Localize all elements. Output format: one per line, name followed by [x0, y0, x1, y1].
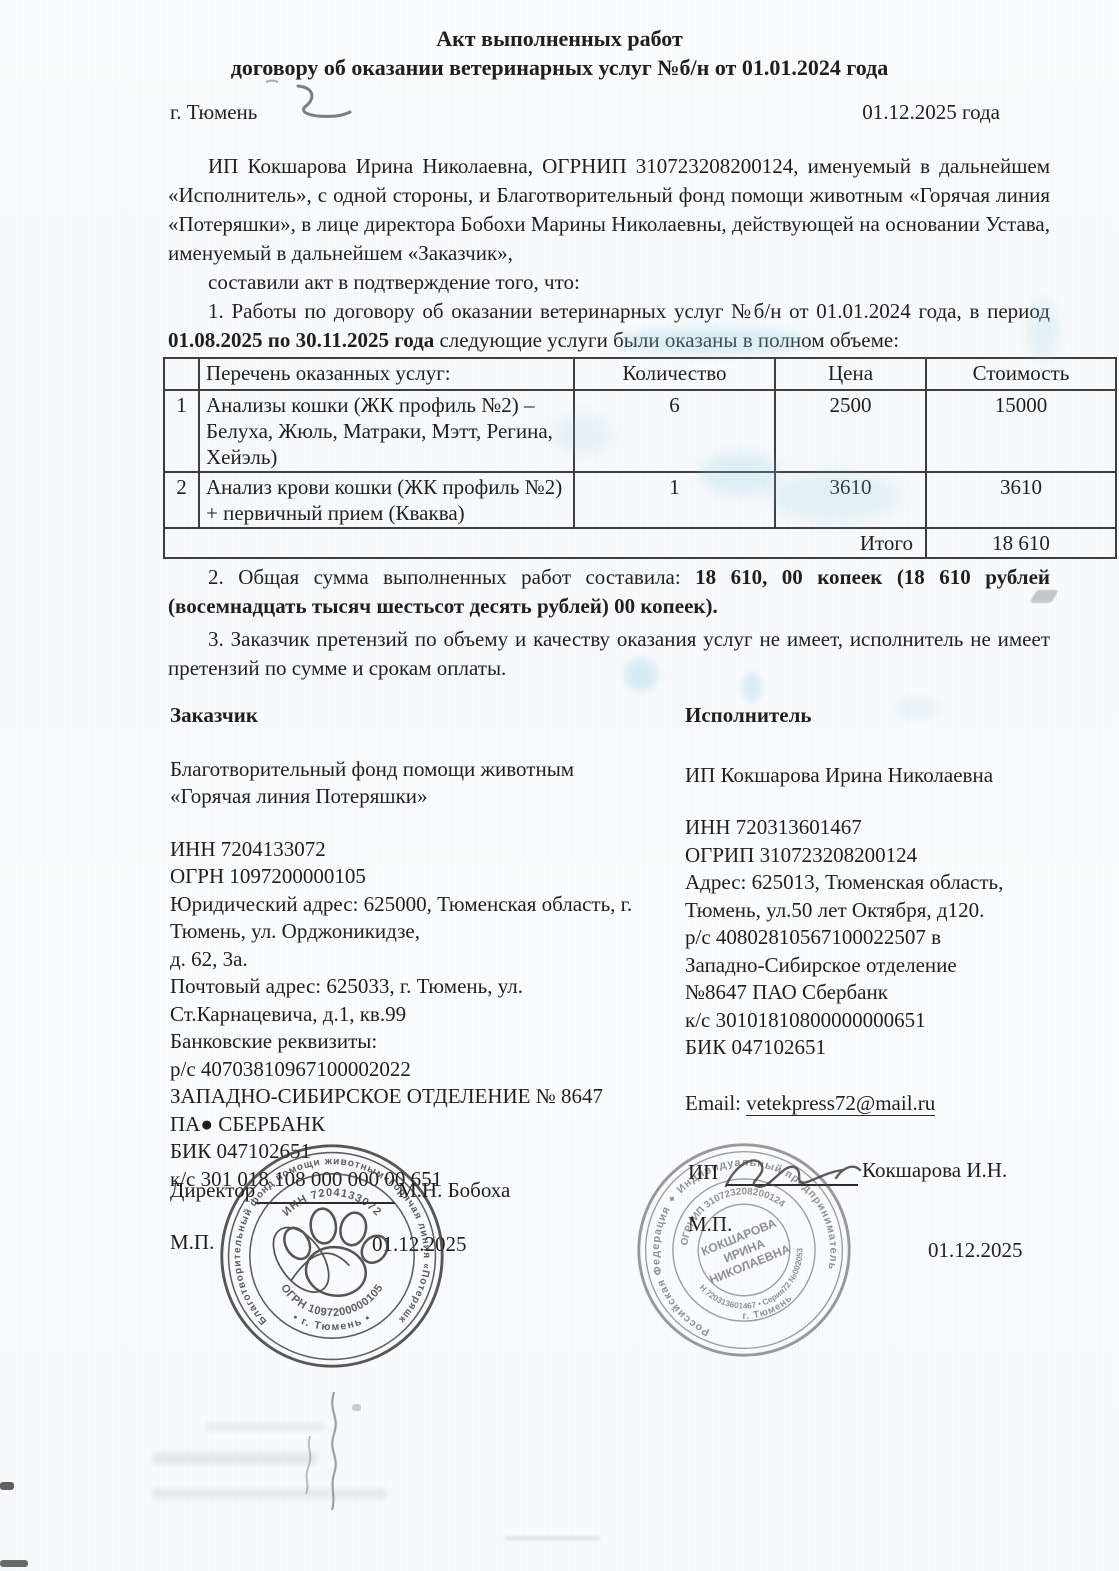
- customer-rs: р/с 40703810967100002022: [170, 1056, 675, 1084]
- works-period-dates: 01.08.2025 по 30.11.2025 года: [168, 328, 434, 352]
- header-qty: Количество: [574, 358, 775, 390]
- row-service: Анализ крови кошки (ЖК профиль №2) + пер…: [199, 472, 574, 528]
- customer-legal-address: Юридический адрес: 625000, Тюменская обл…: [170, 891, 675, 946]
- clauses: 2. Общая сумма выполненных работ состави…: [168, 563, 1050, 687]
- header-service: Перечень оказанных услуг:: [199, 358, 574, 390]
- customer-mp: М.П.: [170, 1230, 214, 1255]
- customer-bank: ПА● СБЕРБАНК: [170, 1111, 675, 1139]
- works-period-pre: 1. Работы по договору об оказании ветери…: [208, 299, 1050, 323]
- bottom-scribble-artifact: [288, 1386, 368, 1526]
- customer-sign-role: Директор: [170, 1178, 255, 1203]
- contractor-mp: М.П.: [688, 1212, 732, 1237]
- header-cost: Стоимость: [926, 358, 1116, 390]
- confirmation-line: составили акт в подтверждение того, что:: [168, 268, 1050, 297]
- scan-edge-mark: [0, 1482, 14, 1490]
- row-cost: 15000: [926, 390, 1116, 472]
- bleedthrough-band: [505, 1536, 600, 1541]
- table-header-row: Перечень оказанных услуг: Количество Цен…: [164, 358, 1116, 390]
- pen-mark-artifact: [258, 72, 398, 142]
- contractor-handwritten-signature: [718, 1148, 888, 1208]
- document-title: Акт выполненных работ договору об оказан…: [0, 24, 1119, 82]
- svg-text:ОГРН 1097200000105: ОГРН 1097200000105: [278, 1282, 386, 1319]
- customer-details: Заказчик Благотворительный фонд помощи ж…: [170, 702, 675, 1193]
- header-price: Цена: [775, 358, 926, 390]
- total-sum-pre: 2. Общая сумма выполненных работ состави…: [208, 565, 695, 589]
- customer-postal-address: Почтовый адрес: 625033, г. Тюмень, ул. С…: [170, 973, 600, 1028]
- customer-stamp: Благотворительный фонд помощи животным«Г…: [216, 1140, 448, 1372]
- total-value: 18 610: [926, 528, 1116, 558]
- services-table: Перечень оказанных услуг: Количество Цен…: [163, 357, 1117, 559]
- row-service: Анализы кошки (ЖК профиль №2) – Белуха, …: [199, 390, 574, 472]
- customer-heading: Заказчик: [170, 702, 675, 730]
- customer-ogrn: ОГРН 1097200000105: [170, 863, 675, 891]
- customer-inn: ИНН 7204133072: [170, 836, 675, 864]
- contractor-bik: БИК 047102651: [685, 1034, 1075, 1062]
- row-price: 3610: [775, 472, 926, 528]
- scan-edge-mark: [0, 1560, 28, 1567]
- table-total-row: Итого 18 610: [164, 528, 1116, 558]
- contractor-branch1: Западно-Сибирское отделение: [685, 952, 1075, 980]
- row-num: 1: [164, 390, 199, 472]
- customer-org-name: Благотворительный фонд помощи животным: [170, 756, 650, 784]
- stamp-ogrn-text: ОГРН 1097200000105: [278, 1282, 386, 1319]
- title-line-2: договору об оказании ветеринарных услуг …: [0, 53, 1119, 82]
- row-price: 2500: [775, 390, 926, 472]
- intro-paragraph: ИП Кокшарова Ирина Николаевна, ОГРНИП 31…: [168, 152, 1050, 268]
- header-num: [164, 358, 199, 390]
- contractor-heading: Исполнитель: [685, 702, 1075, 730]
- intro-paragraphs: ИП Кокшарова Ирина Николаевна, ОГРНИП 31…: [168, 152, 1050, 355]
- title-line-1: Акт выполненных работ: [0, 24, 1119, 53]
- table-row: 2 Анализ крови кошки (ЖК профиль №2) + п…: [164, 472, 1116, 528]
- document-city: г. Тюмень: [170, 100, 257, 125]
- row-qty: 1: [574, 472, 775, 528]
- customer-branch: ЗАПАДНО-СИБИРСКОЕ ОТДЕЛЕНИЕ № 8647: [170, 1083, 675, 1111]
- row-qty: 6: [574, 390, 775, 472]
- contractor-ks: к/с 30101810800000000651: [685, 1007, 1075, 1035]
- customer-bank-label: Банковские реквизиты:: [170, 1028, 675, 1056]
- contractor-address: Адрес: 625013, Тюменская область, Тюмень…: [685, 869, 1055, 924]
- no-claims-clause: 3. Заказчик претензий по объему и качест…: [168, 625, 1050, 683]
- contractor-rs: р/с 40802810567100022507 в: [685, 924, 1075, 952]
- document-date: 01.12.2025 года: [862, 100, 1000, 125]
- email-label: Email:: [685, 1091, 746, 1115]
- contractor-sign-role: ИП: [688, 1160, 718, 1185]
- row-num: 2: [164, 472, 199, 528]
- total-sum-clause: 2. Общая сумма выполненных работ состави…: [168, 563, 1050, 621]
- scanned-act-document: Акт выполненных работ договору об оказан…: [0, 0, 1119, 1571]
- contractor-ogrip: ОГРИП 310723208200124: [685, 842, 1075, 870]
- contractor-details: Исполнитель ИП Кокшарова Ирина Николаевн…: [685, 702, 1075, 1117]
- customer-sign-name: М.Н. Бобоха: [398, 1178, 510, 1203]
- works-period-paragraph: 1. Работы по договору об оказании ветери…: [168, 297, 1050, 355]
- customer-org-name2: «Горячая линия Потеряшки»: [170, 783, 675, 811]
- total-label: Итого: [164, 528, 926, 558]
- contractor-inn: ИНН 720313601467: [685, 814, 1075, 842]
- works-period-post: следующие услуги были оказаны в полном о…: [434, 328, 899, 352]
- table-row: 1 Анализы кошки (ЖК профиль №2) – Белуха…: [164, 390, 1116, 472]
- email-link[interactable]: vetekpress72@mail.ru: [746, 1091, 935, 1116]
- contractor-sign-date: 01.12.2025: [928, 1238, 1023, 1263]
- contractor-branch2: №8647 ПАО Сбербанк: [685, 979, 1075, 1007]
- contractor-name: ИП Кокшарова Ирина Николаевна: [685, 762, 1075, 790]
- row-cost: 3610: [926, 472, 1116, 528]
- contractor-email-line: Email: vetekpress72@mail.ru: [685, 1090, 1075, 1118]
- customer-legal-address2: д. 62, 3а.: [170, 946, 675, 974]
